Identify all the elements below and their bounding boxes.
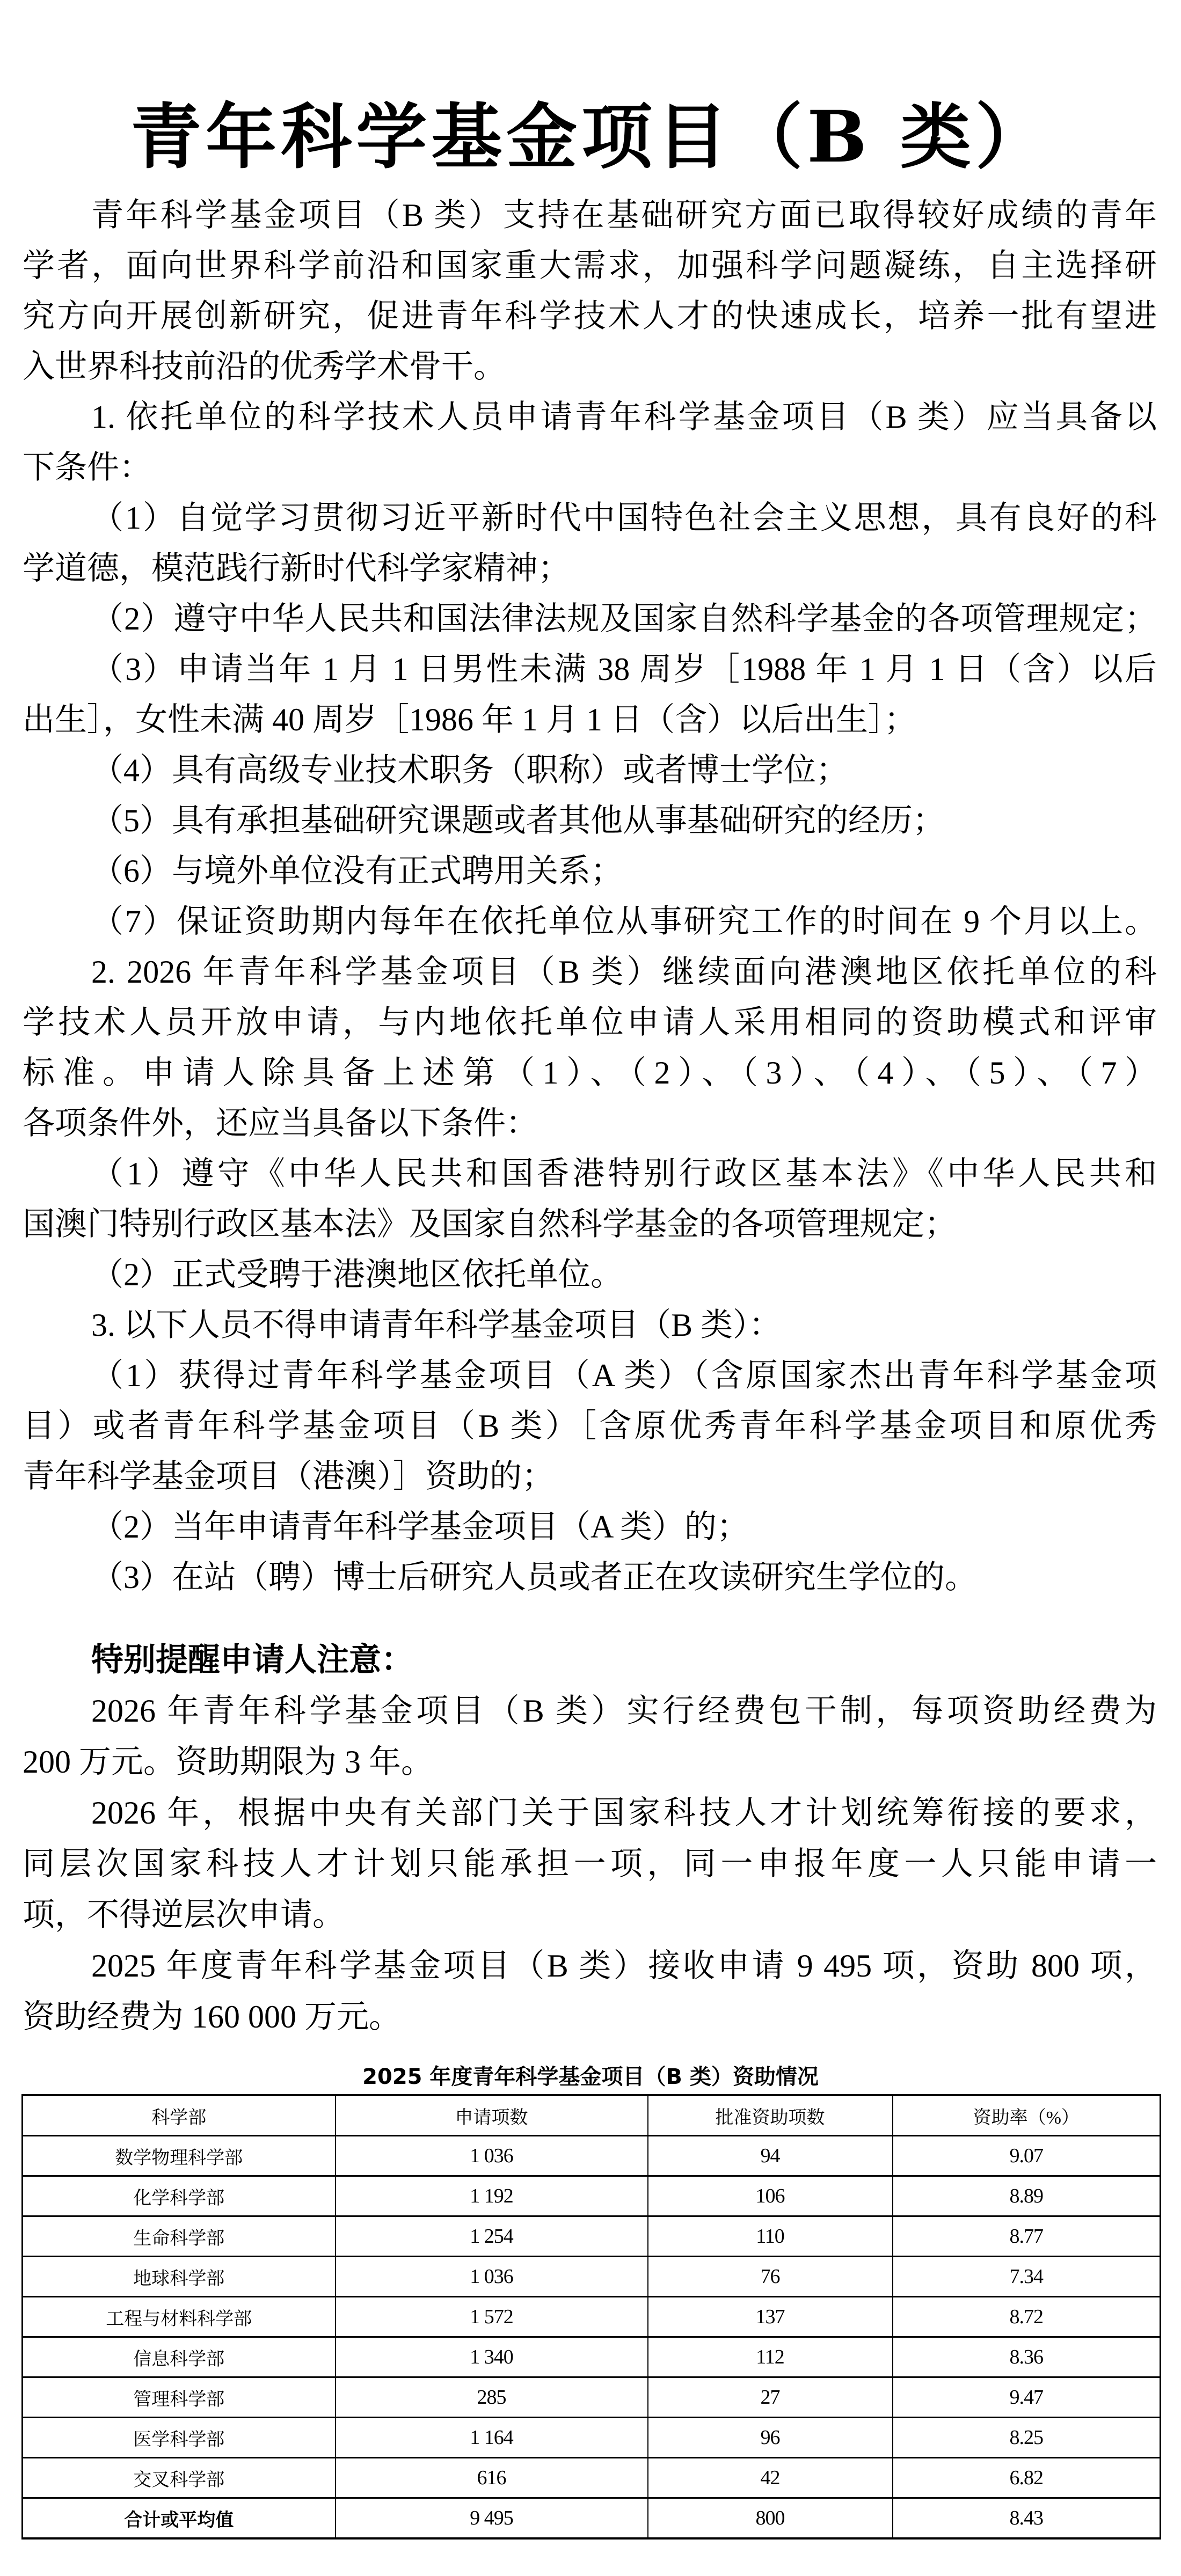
rate-cell: 8.77 (893, 2216, 1161, 2257)
notice-heading: 特别提醒申请人注意： (91, 1635, 1157, 1685)
column-header-rate: 资助率（%） (893, 2095, 1161, 2136)
paragraph-line: 学技术人员开放申请，与内地依托单位申请人采用相同的资助模式和评审 (23, 997, 1157, 1048)
list-item-line: （7）保证资助期内每年在依托单位从事研究工作的时间在 9 个月以上。 (91, 896, 1157, 947)
average-rate-cell: 8.43 (893, 2498, 1161, 2539)
funded-cell: 110 (648, 2216, 893, 2257)
paragraph-line: 青年科学基金项目（B 类）支持在基础研究方面已取得较好成绩的青年 (91, 190, 1157, 240)
table-header-row: 科学部 申请项数 批准资助项数 资助率（%） (23, 2095, 1161, 2136)
department-cell: 管理科学部 (23, 2377, 336, 2418)
paragraph-line: 各项条件外，还应当具备以下条件： (23, 1098, 1157, 1148)
paragraph-line: 下条件： (23, 442, 1157, 493)
applications-cell: 1 036 (336, 2257, 648, 2297)
total-applications-cell: 9 495 (336, 2498, 648, 2539)
department-cell: 交叉科学部 (23, 2458, 336, 2498)
paragraph-line: 2025 年度青年科学基金项目（B 类）接收申请 9 495 项，资助 800 … (91, 1941, 1157, 1991)
list-item-line: 学道德，模范践行新时代科学家精神； (23, 543, 1157, 594)
funded-cell: 112 (648, 2337, 893, 2377)
funded-cell: 94 (648, 2136, 893, 2176)
list-item-line: （5）具有承担基础研究课题或者其他从事基础研究的经历； (91, 795, 1157, 846)
paragraph-line: 2. 2026 年青年科学基金项目（B 类）继续面向港澳地区依托单位的科 (91, 947, 1157, 997)
rate-cell: 6.82 (893, 2458, 1161, 2498)
paragraph-line: 标准。申请人除具备上述第（1）、（2）、（3）、（4）、（5）、（7） (23, 1048, 1157, 1098)
paragraph-line: 入世界科技前沿的优秀学术骨干。 (23, 341, 1157, 392)
table-row: 医学科学部 1 164 96 8.25 (23, 2418, 1161, 2458)
applications-cell: 616 (336, 2458, 648, 2498)
paragraph-line: 资助经费为 160 000 万元。 (23, 1992, 1157, 2042)
applications-cell: 285 (336, 2377, 648, 2418)
paragraph-line: 究方向开展创新研究，促进青年科学技术人才的快速成长，培养一批有望进 (23, 291, 1157, 341)
paragraph-line: 2026 年青年科学基金项目（B 类）实行经费包干制，每项资助经费为 (91, 1686, 1157, 1736)
list-item-line: （2）当年申请青年科学基金项目（A 类）的； (91, 1502, 1157, 1552)
table-row: 工程与材料科学部 1 572 137 8.72 (23, 2297, 1161, 2337)
applications-cell: 1 192 (336, 2176, 648, 2216)
applications-cell: 1 572 (336, 2297, 648, 2337)
department-cell: 信息科学部 (23, 2337, 336, 2377)
list-item-line: （3）在站（聘）博士后研究人员或者正在攻读研究生学位的。 (91, 1552, 1157, 1602)
department-cell: 数学物理科学部 (23, 2136, 336, 2176)
table-row: 管理科学部 285 27 9.47 (23, 2377, 1161, 2418)
table-row: 交叉科学部 616 42 6.82 (23, 2458, 1161, 2498)
column-header-department: 科学部 (23, 2095, 336, 2136)
list-item-line: （2）正式受聘于港澳地区依托单位。 (91, 1249, 1157, 1300)
rate-cell: 8.25 (893, 2418, 1161, 2458)
paragraph-line: 200 万元。资助期限为 3 年。 (23, 1737, 1157, 1787)
paragraph-line: 项，不得逆层次申请。 (23, 1890, 1157, 1940)
list-item-line: （2）遵守中华人民共和国法律法规及国家自然科学基金的各项管理规定； (91, 594, 1157, 644)
paragraph-line: 1. 依托单位的科学技术人员申请青年科学基金项目（B 类）应当具备以 (91, 392, 1157, 442)
paragraph-line: 同层次国家科技人才计划只能承担一项，同一申报年度一人只能申请一 (23, 1839, 1157, 1889)
list-item-line: （1）自觉学习贯彻习近平新时代中国特色社会主义思想，具有良好的科 (91, 493, 1157, 543)
rate-cell: 8.36 (893, 2337, 1161, 2377)
applications-cell: 1 036 (336, 2136, 648, 2176)
funded-cell: 96 (648, 2418, 893, 2458)
list-item-line: 出生］，女性未满 40 周岁［1986 年 1 月 1 日（含）以后出生］； (23, 694, 1157, 745)
rate-cell: 9.47 (893, 2377, 1161, 2418)
paragraph-line: 2026 年，根据中央有关部门关于国家科技人才计划统筹衔接的要求， (91, 1788, 1157, 1838)
total-funded-cell: 800 (648, 2498, 893, 2539)
rate-cell: 7.34 (893, 2257, 1161, 2297)
applications-cell: 1 254 (336, 2216, 648, 2257)
table-row: 信息科学部 1 340 112 8.36 (23, 2337, 1161, 2377)
department-cell: 化学科学部 (23, 2176, 336, 2216)
department-cell: 地球科学部 (23, 2257, 336, 2297)
funded-cell: 137 (648, 2297, 893, 2337)
department-cell: 工程与材料科学部 (23, 2297, 336, 2337)
table-row: 化学科学部 1 192 106 8.89 (23, 2176, 1161, 2216)
paragraph-line: 3. 以下人员不得申请青年科学基金项目（B 类）： (91, 1300, 1157, 1350)
page-title: 青年科学基金项目（B 类） (0, 94, 1181, 180)
table-row: 生命科学部 1 254 110 8.77 (23, 2216, 1161, 2257)
rate-cell: 9.07 (893, 2136, 1161, 2176)
list-item-line: （4）具有高级专业技术职务（职称）或者博士学位； (91, 745, 1157, 795)
list-item-line: （1）获得过青年科学基金项目（A 类）（含原国家杰出青年科学基金项 (91, 1350, 1157, 1401)
funded-cell: 27 (648, 2377, 893, 2418)
funding-table: 科学部 申请项数 批准资助项数 资助率（%） 数学物理科学部 1 036 94 … (21, 2094, 1161, 2540)
list-item-line: （6）与境外单位没有正式聘用关系； (91, 846, 1157, 896)
list-item-line: 目）或者青年科学基金项目（B 类）［含原优秀青年科学基金项目和原优秀 (23, 1401, 1157, 1451)
list-item-line: 青年科学基金项目（港澳）］资助的； (23, 1451, 1157, 1502)
funded-cell: 42 (648, 2458, 893, 2498)
department-cell: 生命科学部 (23, 2216, 336, 2257)
applications-cell: 1 340 (336, 2337, 648, 2377)
department-cell: 医学科学部 (23, 2418, 336, 2458)
table-row: 数学物理科学部 1 036 94 9.07 (23, 2136, 1161, 2176)
column-header-applications: 申请项数 (336, 2095, 648, 2136)
table-title: 2025 年度青年科学基金项目（B 类）资助情况 (0, 2062, 1181, 2092)
total-label-cell: 合计或平均值 (23, 2498, 336, 2539)
funded-cell: 76 (648, 2257, 893, 2297)
applications-cell: 1 164 (336, 2418, 648, 2458)
rate-cell: 8.72 (893, 2297, 1161, 2337)
list-item-line: （1）遵守《中华人民共和国香港特别行政区基本法》《中华人民共和 (91, 1148, 1157, 1199)
list-item-line: 国澳门特别行政区基本法》及国家自然科学基金的各项管理规定； (23, 1199, 1157, 1249)
table-row: 地球科学部 1 036 76 7.34 (23, 2257, 1161, 2297)
table-total-row: 合计或平均值 9 495 800 8.43 (23, 2498, 1161, 2539)
paragraph-line: 学者，面向世界科学前沿和国家重大需求，加强科学问题凝练，自主选择研 (23, 240, 1157, 291)
column-header-funded: 批准资助项数 (648, 2095, 893, 2136)
list-item-line: （3）申请当年 1 月 1 日男性未满 38 周岁［1988 年 1 月 1 日… (91, 644, 1157, 694)
funded-cell: 106 (648, 2176, 893, 2216)
rate-cell: 8.89 (893, 2176, 1161, 2216)
